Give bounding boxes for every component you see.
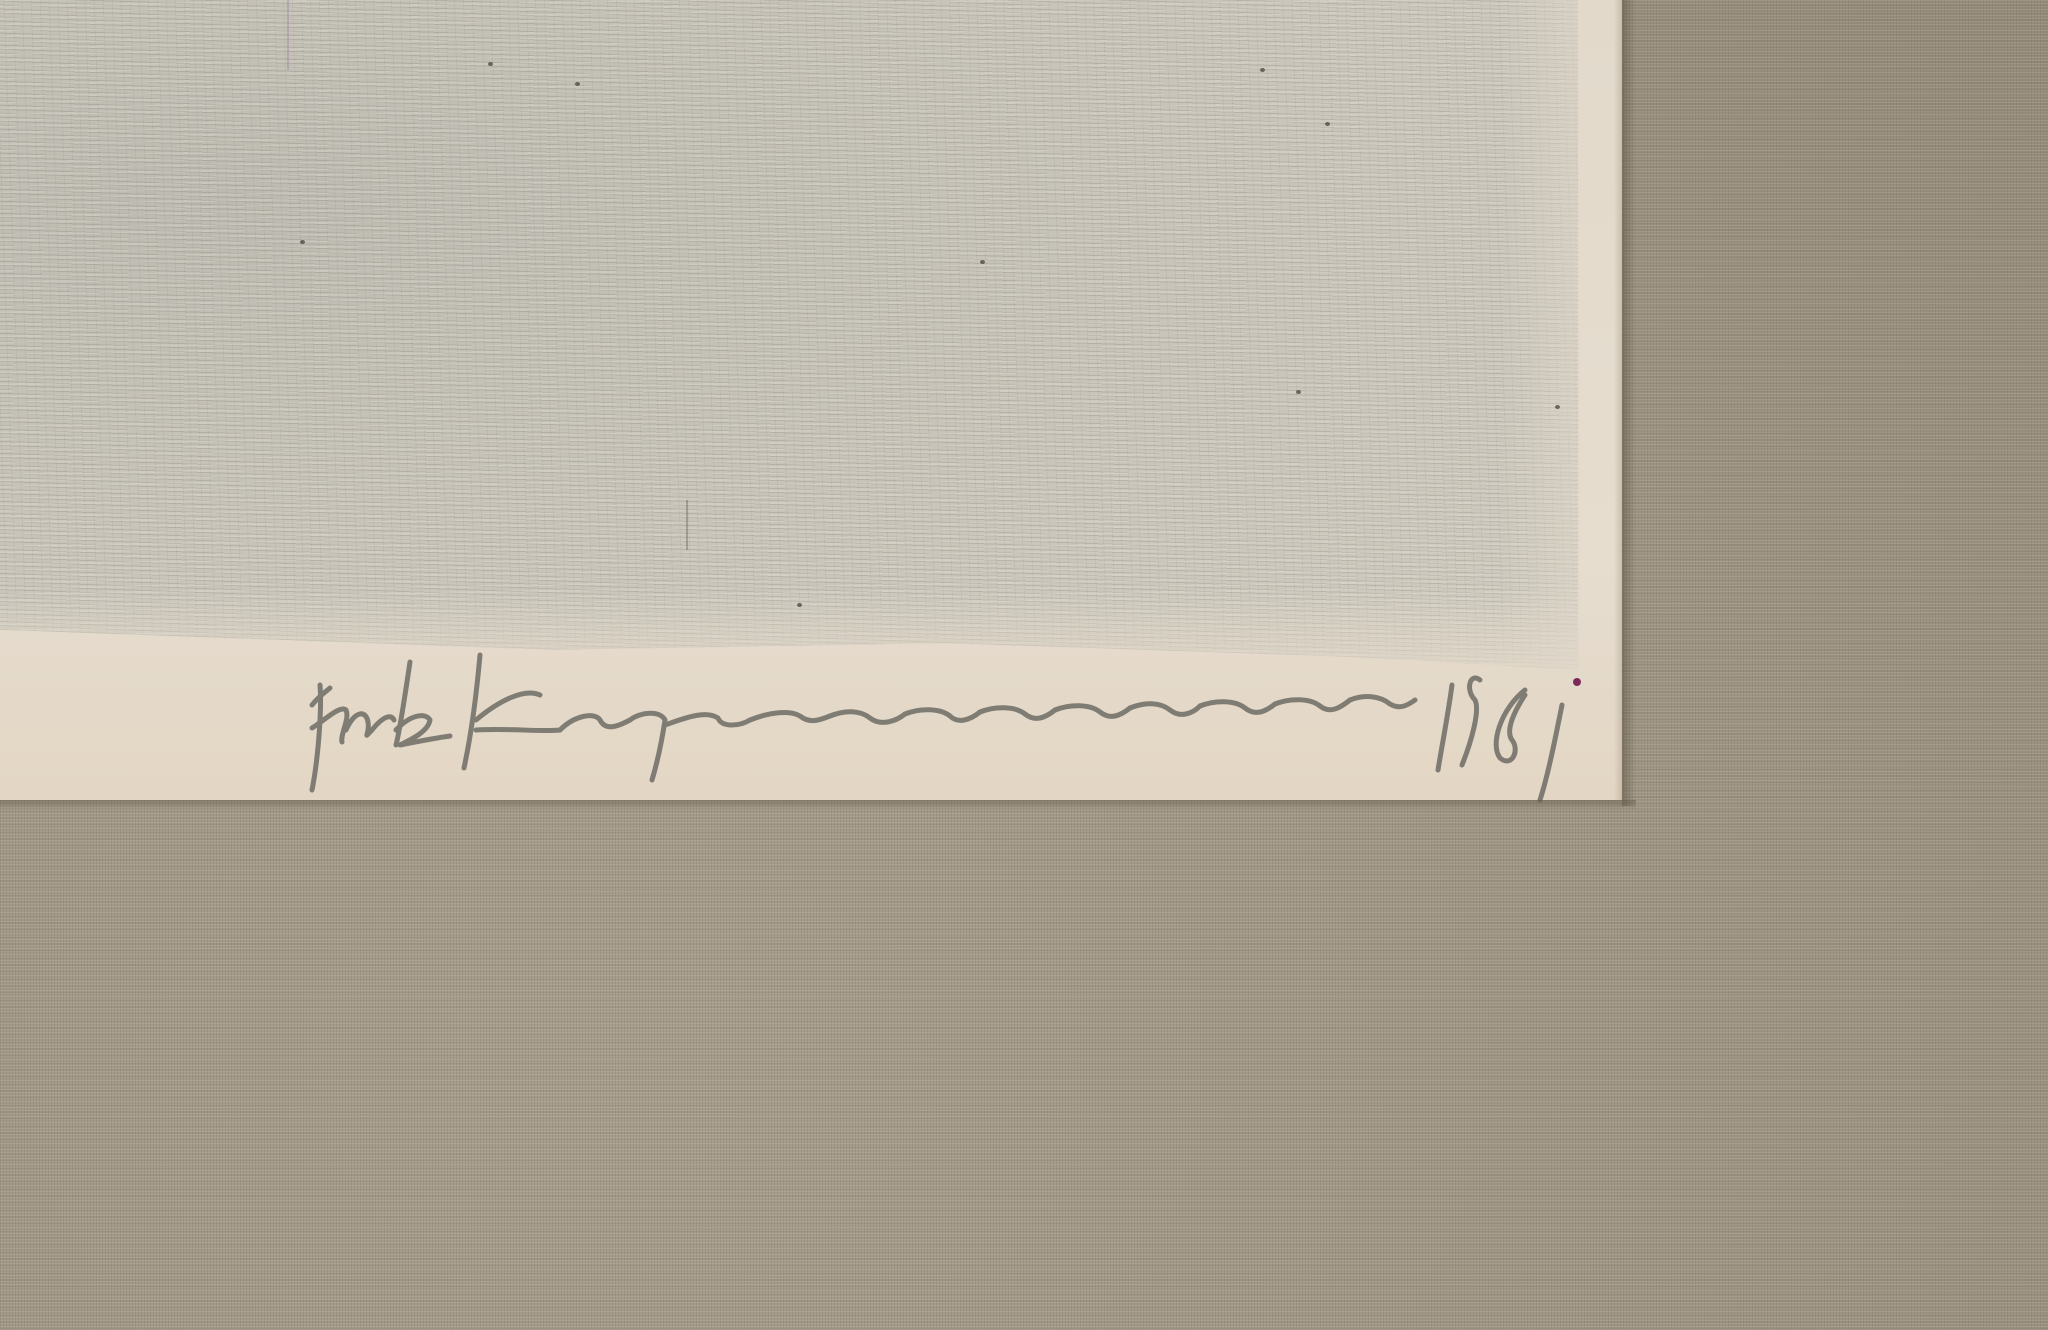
signature-strokes xyxy=(300,650,1590,800)
faint-pencil-line xyxy=(287,0,289,70)
artist-signature: Jarle Kaspersen 1981 xyxy=(300,650,1590,800)
paper-sheet: Jarle Kaspersen 1981 xyxy=(0,0,1622,800)
mat-opening-shadow-bottom xyxy=(0,800,1636,810)
photo-scene: Jarle Kaspersen 1981 xyxy=(0,0,2048,1330)
drawing-edge-fade xyxy=(1500,0,1580,670)
graphite-speck xyxy=(980,260,985,264)
ink-dot xyxy=(1573,678,1581,686)
graphite-speck xyxy=(1555,405,1560,409)
graphite-speck xyxy=(575,82,580,86)
graphite-speck xyxy=(1260,68,1265,72)
faint-pencil-line xyxy=(686,500,688,550)
graphite-speck xyxy=(797,603,802,607)
graphite-speck xyxy=(300,240,305,244)
graphite-speck xyxy=(488,62,493,66)
graphite-speck xyxy=(1325,122,1330,126)
graphite-drawing-area xyxy=(0,0,1578,670)
paper-edge xyxy=(1614,0,1622,800)
graphite-speck xyxy=(1296,390,1301,394)
mat-opening-shadow-right xyxy=(1622,0,1636,806)
